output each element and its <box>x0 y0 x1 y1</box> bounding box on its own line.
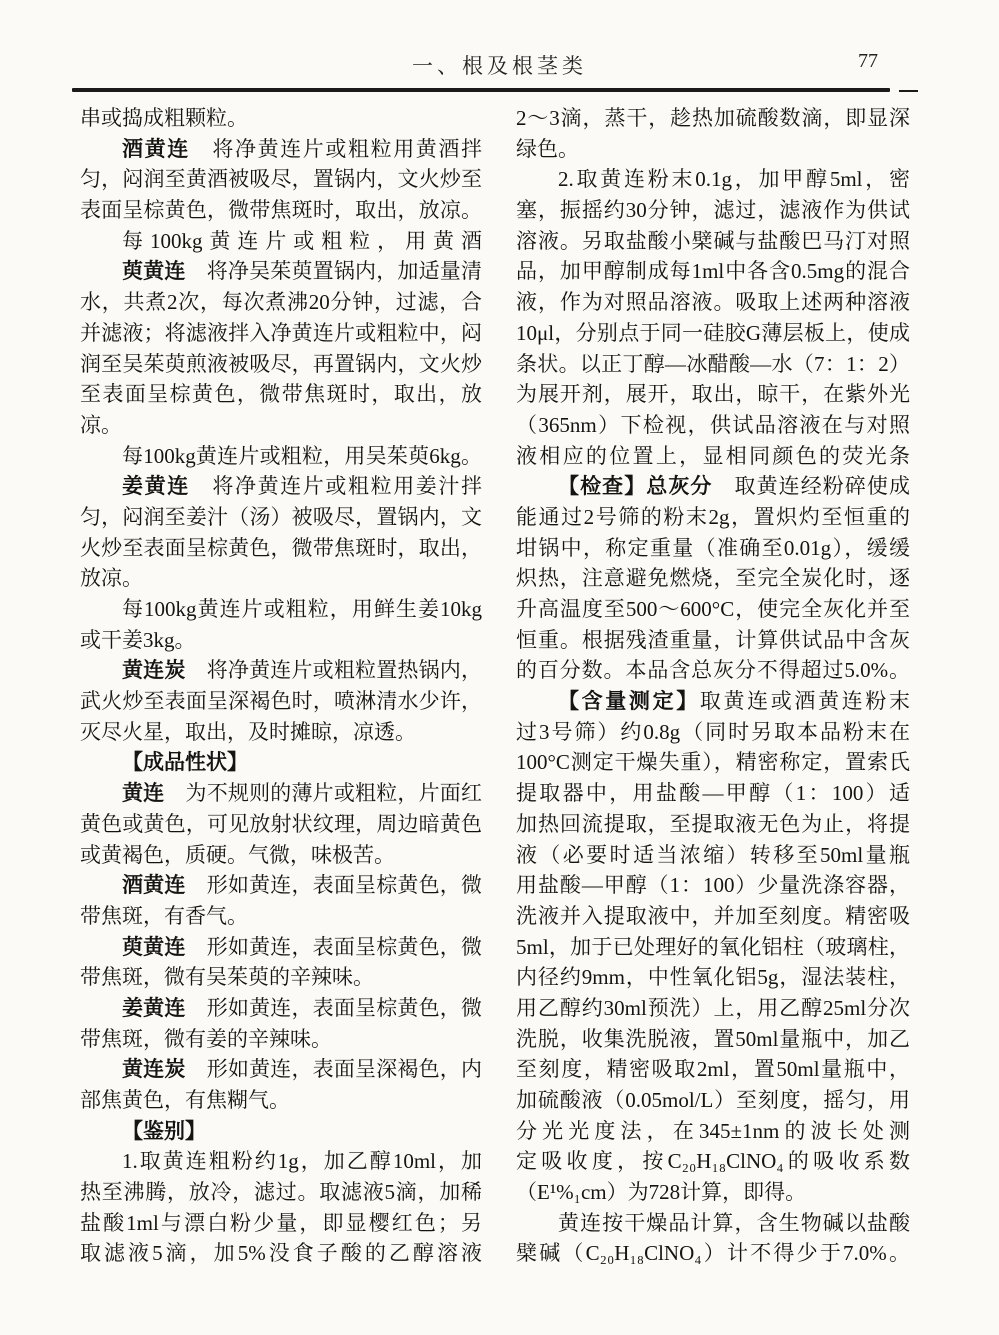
text-line: 火炒至表面呈棕黄色，微带焦斑时，取出， <box>80 533 482 564</box>
text-line: 或干姜3kg。 <box>80 625 482 656</box>
text-line: 每100kg黄连片或粗粒，用鲜生姜10kg <box>80 594 482 625</box>
text-line: 武火炒至表面呈深褐色时，喷淋清水少许， <box>80 686 482 717</box>
text-line: 姜黄连 将净黄连片或粗粒用姜汁拌 <box>80 471 482 502</box>
text-line: 能通过2号筛的粉末2g，置炽灼至恒重的 <box>516 502 910 533</box>
text-line: 串或捣成粗颗粒。 <box>80 103 482 134</box>
text-line: 液（必要时适当浓缩）转移至50ml量瓶中， <box>516 840 910 871</box>
text-line: 酒黄连 将净黄连片或粗粒用黄酒拌 <box>80 134 482 165</box>
scanned-document-page: 一、根及根茎类 77 串或捣成粗颗粒。酒黄连 将净黄连片或粗粒用黄酒拌匀，闷润至… <box>0 0 999 1335</box>
text-line: 10μl，分别点于同一硅胶G薄层板上，使成 <box>516 318 910 349</box>
text-line: 至表面呈棕黄色，微带焦斑时，取出，放 <box>80 379 482 410</box>
text-line: 萸黄连 形如黄连，表面呈棕黄色，微 <box>80 932 482 963</box>
bold-lead-text: 【成品性状】 <box>122 750 248 774</box>
text-line: 2.取黄连粉末0.1g，加甲醇5ml，密 <box>516 164 910 195</box>
text-line: 洗脱，收集洗脱液，置50ml量瓶中，加乙醇 <box>516 1024 910 1055</box>
text-line: 绿色。 <box>516 134 910 165</box>
text-line: 至刻度，精密吸取2ml，置50ml量瓶中， <box>516 1054 910 1085</box>
text-line: 【鉴别】 <box>80 1116 482 1147</box>
text-line: 凉。 <box>80 410 482 441</box>
text-line: 黄连炭 形如黄连，表面呈深褐色，内 <box>80 1054 482 1085</box>
text-line: 用盐酸—甲醇（1：100）少量洗涤容器， <box>516 870 910 901</box>
section-title: 一、根及根茎类 <box>0 50 999 80</box>
bold-lead-text: 酒黄连 <box>122 873 186 897</box>
text-line: 或黄褐色，质硬。气微，味极苦。 <box>80 840 482 871</box>
text-line: 品，加甲醇制成每1ml中各含0.5mg的混合 <box>516 256 910 287</box>
text-line: 加热回流提取，至提取液无色为止，将提取 <box>516 809 910 840</box>
text-line: 【含量测定】取黄连或酒黄连粉末（通 <box>516 686 910 717</box>
text-line: 姜黄连 形如黄连，表面呈棕黄色，微 <box>80 993 482 1024</box>
bold-lead-text: 【检查】总灰分 <box>558 474 712 498</box>
text-line: 提取器中，用盐酸—甲醇（1：100）适量， <box>516 778 910 809</box>
text-line: 匀，闷润至黄酒被吸尽，置锅内，文火炒至 <box>80 164 482 195</box>
text-line: 水，共煮2次，每次煮沸20分钟，过滤，合 <box>80 287 482 318</box>
text-line: 溶液。另取盐酸小檗碱与盐酸巴马汀对照 <box>516 226 910 257</box>
text-line: 的百分数。本品含总灰分不得超过5.0%。 <box>516 655 910 686</box>
text-line: 过3号筛）约0.8g（同时另取本品粉末在 <box>516 717 910 748</box>
text-line: 放凉。 <box>80 563 482 594</box>
right-text-column: 2～3滴，蒸干，趁热加硫酸数滴，即显深绿色。2.取黄连粉末0.1g，加甲醇5ml… <box>516 103 910 1269</box>
text-line: 升高温度至500～600°C，使完全灰化并至 <box>516 594 910 625</box>
text-line: 【检查】总灰分 取黄连经粉碎使成为 <box>516 471 910 502</box>
text-line: 每100kg黄连片或粗粒，用吴茱萸6kg。 <box>80 441 482 472</box>
text-line: 为展开剂，展开，取出，晾干，在紫外光灯 <box>516 379 910 410</box>
text-line: 用乙醇约30ml预洗）上，用乙醇25ml分次 <box>516 993 910 1024</box>
page-number: 77 <box>858 50 878 73</box>
text-line: 100°C测定干燥失重），精密称定，置索氏 <box>516 747 910 778</box>
text-line: （E¹%₁cm）为728计算，即得。 <box>516 1177 910 1208</box>
bold-lead-text: 黄连 <box>122 781 164 805</box>
bold-lead-text: 【含量测定】 <box>558 689 700 713</box>
text-line: 带焦斑，微有吴茱萸的辛辣味。 <box>80 962 482 993</box>
text-line: 热至沸腾，放冷，滤过。取滤液5滴，加稀 <box>80 1177 482 1208</box>
text-line: 匀，闷润至姜汁（汤）被吸尽，置锅内，文 <box>80 502 482 533</box>
text-line: 洗液并入提取液中，并加至刻度。精密吸取 <box>516 901 910 932</box>
text-line: 坩锅中，称定重量（准确至0.01g），缓缓 <box>516 533 910 564</box>
bold-lead-text: 黄连炭 <box>122 1057 186 1081</box>
text-line: 润至吴茱萸煎液被吸尽，再置锅内，文火炒 <box>80 349 482 380</box>
text-line: 5ml，加于已处理好的氧化铝柱（玻璃柱， <box>516 932 910 963</box>
header-rule-end-dash <box>899 90 918 92</box>
text-line: 表面呈棕黄色，微带焦斑时，取出，放凉。 <box>80 195 482 226</box>
text-line: 酒黄连 形如黄连，表面呈棕黄色，微 <box>80 870 482 901</box>
text-line: 液，作为对照品溶液。吸取上述两种溶液各 <box>516 287 910 318</box>
text-line: （365nm）下检视，供试品溶液在与对照品溶 <box>516 410 910 441</box>
text-line: 萸黄连 将净吴茱萸置锅内，加适量清 <box>80 256 482 287</box>
text-line: 部焦黄色，有焦糊气。 <box>80 1085 482 1116</box>
text-line: 内径约9mm，中性氧化铝5g，湿法装柱， <box>516 962 910 993</box>
text-line: 取滤液5滴，加5%没食子酸的乙醇溶液 <box>80 1238 482 1269</box>
bold-lead-text: 黄连炭 <box>122 658 186 682</box>
text-line: 加硫酸液（0.05mol/L）至刻度，摇匀，用 <box>516 1085 910 1116</box>
text-line: 1.取黄连粗粉约1g，加乙醇10ml，加 <box>80 1146 482 1177</box>
text-line: 并滤液；将滤液拌入净黄连片或粗粒中，闷 <box>80 318 482 349</box>
bold-lead-text: 姜黄连 <box>122 996 186 1020</box>
text-line: 2～3滴，蒸干，趁热加硫酸数滴，即显深 <box>516 103 910 134</box>
bold-lead-text: 酒黄连 <box>122 137 190 161</box>
text-line: 液相应的位置上，显相同颜色的荧光条斑。 <box>516 441 910 472</box>
text-line: 条状。以正丁醇—冰醋酸—水（7：1：2） <box>516 349 910 380</box>
text-line: 灭尽火星，取出，及时摊晾，凉透。 <box>80 717 482 748</box>
text-line: 每100kg黄连片或粗粒，用黄酒12.5kg。 <box>80 226 482 257</box>
text-line: 檗碱（C₂₀H₁₈ClNO₄）计不得少于7.0%。 <box>516 1238 910 1269</box>
text-line: 黄连炭 将净黄连片或粗粒置热锅内， <box>80 655 482 686</box>
text-line: 带焦斑，微有姜的辛辣味。 <box>80 1024 482 1055</box>
text-line: 带焦斑，有香气。 <box>80 901 482 932</box>
header-rule <box>72 88 890 92</box>
text-line: 黄色或黄色，可见放射状纹理，周边暗黄色 <box>80 809 482 840</box>
text-line: 黄连 为不规则的薄片或粗粒，片面红 <box>80 778 482 809</box>
bold-lead-text: 萸黄连 <box>122 935 186 959</box>
text-line: 恒重。根据残渣重量，计算供试品中含灰分 <box>516 625 910 656</box>
text-line: 盐酸1ml与漂白粉少量，即显樱红色；另 <box>80 1208 482 1239</box>
left-text-column: 串或捣成粗颗粒。酒黄连 将净黄连片或粗粒用黄酒拌匀，闷润至黄酒被吸尽，置锅内，文… <box>80 103 482 1269</box>
text-line: 分光光度法，在345±1nm的波长处测 <box>516 1116 910 1147</box>
bold-lead-text: 姜黄连 <box>122 474 190 498</box>
text-line: 定吸收度，按C₂₀H₁₈ClNO₄的吸收系数 <box>516 1146 910 1177</box>
text-line: 【成品性状】 <box>80 747 482 778</box>
bold-lead-text: 【鉴别】 <box>122 1119 206 1143</box>
running-header: 一、根及根茎类 77 <box>0 50 999 80</box>
bold-lead-text: 萸黄连 <box>122 259 186 283</box>
text-line: 炽热，注意避免燃烧，至完全炭化时，逐渐 <box>516 563 910 594</box>
text-line: 塞，振摇约30分钟，滤过，滤液作为供试品 <box>516 195 910 226</box>
text-line: 黄连按干燥品计算，含生物碱以盐酸小 <box>516 1208 910 1239</box>
